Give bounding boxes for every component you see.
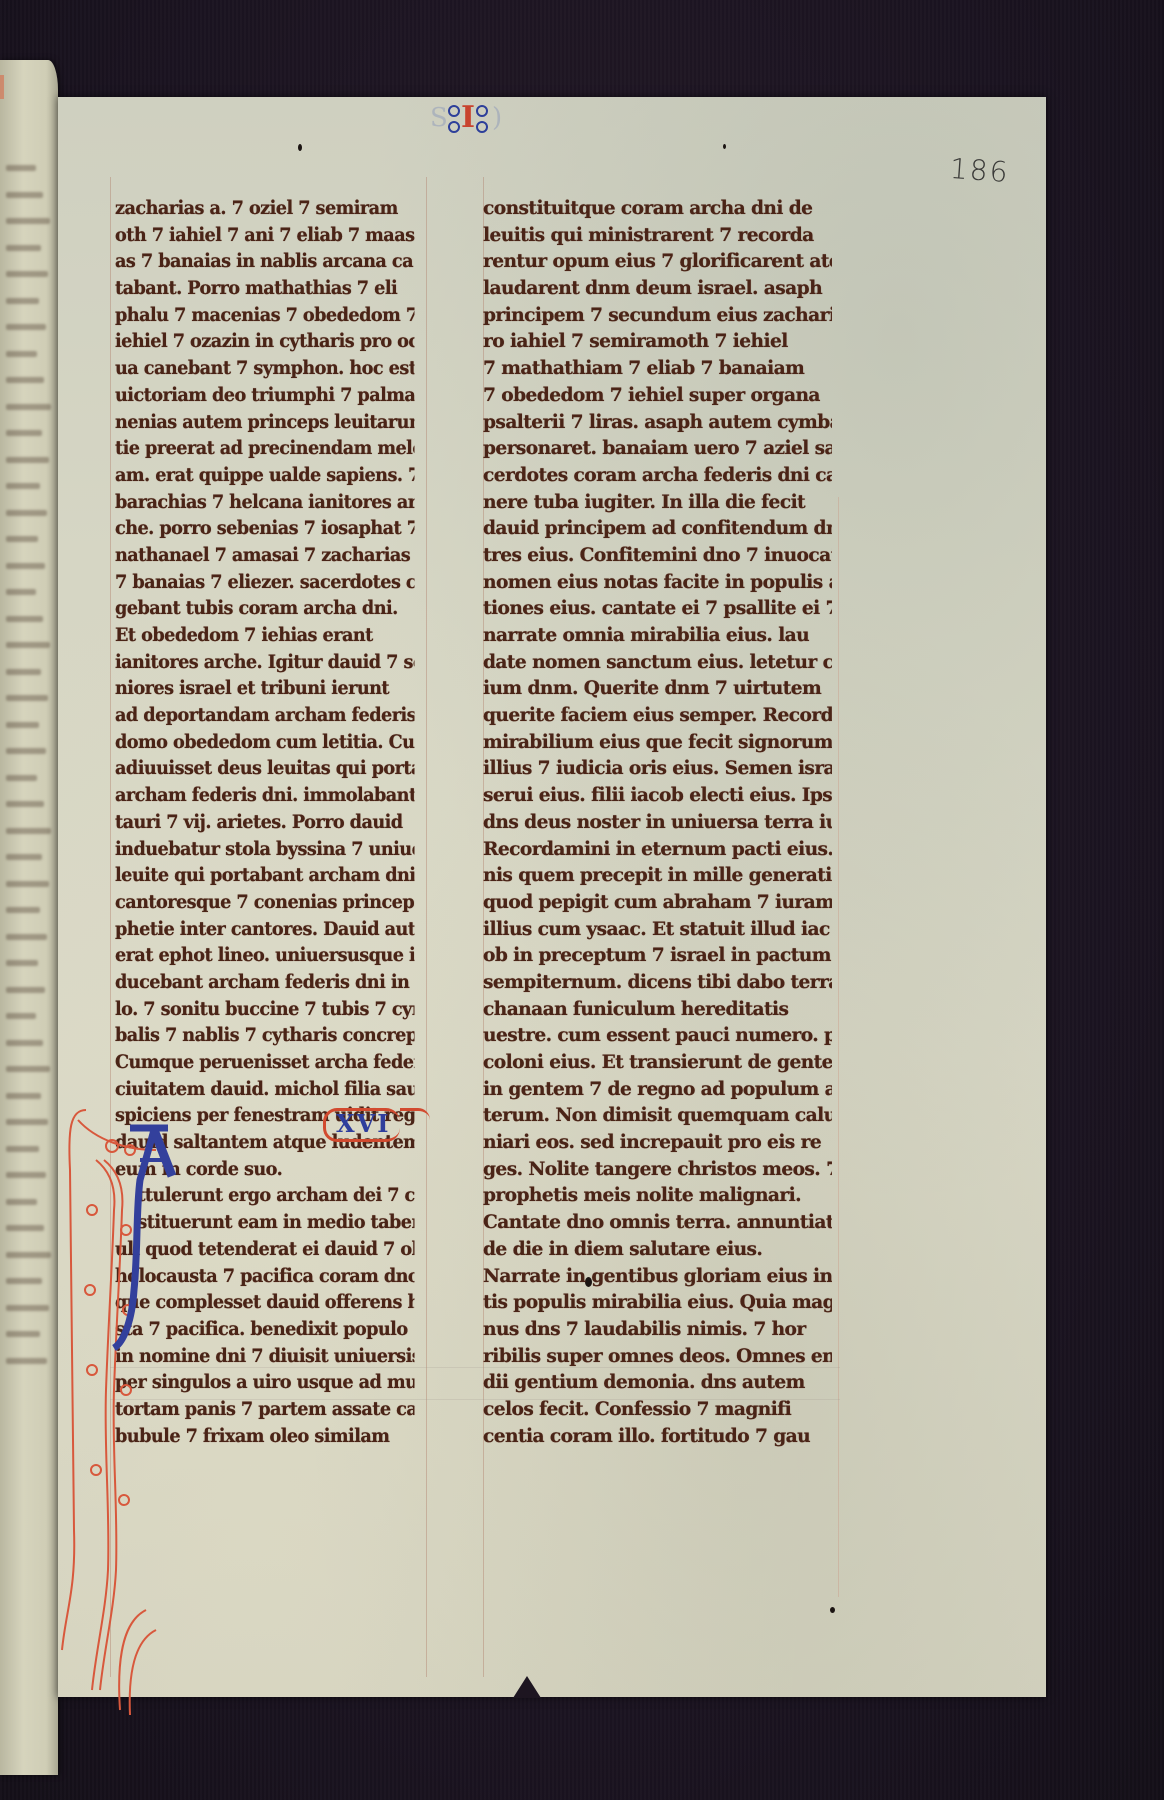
blue-ornament-dot <box>448 105 460 117</box>
text-line: uestre. cum essent pauci numero. paruiqu… <box>483 1022 832 1049</box>
text-line: Narrate in gentibus gloriam eius in cunc <box>483 1263 832 1290</box>
text-line: serui eius. filii iacob electi eius. Ips… <box>483 782 832 809</box>
text-line: illius 7 iudicia oris eius. Semen israel <box>483 755 832 782</box>
text-line: de die in diem salutare eius. <box>483 1236 832 1263</box>
facing-leaf-text-line <box>6 324 46 330</box>
facing-leaf-text-line <box>6 1225 44 1231</box>
text-line: uictoriam deo triumphi 7 palma. Cho <box>115 382 414 409</box>
facing-leaf-text-line <box>6 351 37 357</box>
text-line: centia coram illo. fortitudo 7 gau <box>483 1423 832 1450</box>
text-line: adiuuisset deus leuitas qui portabant <box>115 755 414 782</box>
facing-leaf-text-line <box>6 987 45 993</box>
text-line: principem 7 secundum eius zachariam. por <box>483 302 832 329</box>
text-line: personaret. banaiam uero 7 aziel sa <box>483 435 832 462</box>
facing-leaf-text-line <box>6 1146 39 1152</box>
running-header-offset-ghost: S <box>430 103 448 133</box>
facing-leaf-text-line <box>6 642 50 648</box>
text-line: tauri 7 vij. arietes. Porro dauid <box>115 809 414 836</box>
facing-leaf-text-line <box>6 616 43 622</box>
text-column-2: constituitque coram archa dni deleuitis … <box>483 195 839 1449</box>
facing-leaf-text-line <box>6 748 46 754</box>
text-line: coloni eius. Et transierunt de gente <box>483 1049 832 1076</box>
text-line: ro iahiel 7 semiramoth 7 iehiel <box>483 328 832 355</box>
text-line: psalterii 7 liras. asaph autem cymbalis <box>483 409 832 436</box>
text-line: niari eos. sed increpauit pro eis re <box>483 1129 832 1156</box>
facing-leaf-text-line <box>6 960 38 966</box>
facing-leaf-text-line <box>6 828 51 834</box>
text-line: ua canebant 7 symphon. hoc est <box>115 355 414 382</box>
text-line: phalu 7 macenias 7 obededom 7 <box>115 302 414 329</box>
pricking-mark <box>298 144 302 151</box>
text-line: querite faciem eius semper. Recordamini <box>483 702 832 729</box>
facing-leaf-text-line <box>6 1040 43 1046</box>
text-line: nere tuba iugiter. In illa die fecit <box>483 489 832 516</box>
text-line: nus dns 7 laudabilis nimis. 7 hor <box>483 1316 832 1343</box>
text-line: archam federis dni. immolabantur vij. <box>115 782 414 809</box>
text-line: celos fecit. Confessio 7 magnifi <box>483 1396 832 1423</box>
text-line: ribilis super omnes deos. Omnes enim <box>483 1343 832 1370</box>
text-line: illius cum ysaac. Et statuit illud iac <box>483 916 832 943</box>
text-line: cerdotes coram archa federis dni ca <box>483 462 832 489</box>
facing-leaf-text-line <box>6 1278 42 1284</box>
text-line: ob in preceptum 7 israel in pactum <box>483 942 832 969</box>
text-line: Cantate dno omnis terra. annuntiate <box>483 1209 832 1236</box>
facing-leaf-text-line <box>6 722 39 728</box>
facing-leaf-text-line <box>6 1066 50 1072</box>
text-line: sempiternum. dicens tibi dabo terram <box>483 969 832 996</box>
text-line: terum. Non dimisit quemquam calump <box>483 1102 832 1129</box>
text-line: niores israel et tribuni ierunt <box>115 675 414 702</box>
facing-leaf-text-line <box>6 536 38 542</box>
facing-leaf-text-line <box>6 563 45 569</box>
blue-ornament-dot <box>476 105 488 117</box>
text-line: date nomen sanctum eius. letetur cor que… <box>483 649 832 676</box>
facing-leaf-text-line <box>6 1199 37 1205</box>
text-line: nis quem precepit in mille generationes. <box>483 862 832 889</box>
facing-leaf-text-line <box>6 669 41 675</box>
facing-leaf-text-line <box>6 1252 51 1258</box>
page-edge-notch <box>513 1676 541 1698</box>
facing-leaf-text-line <box>6 695 48 701</box>
text-line: 7 obededom 7 iehiel super organa <box>483 382 832 409</box>
facing-leaf-text-line <box>6 589 36 595</box>
facing-leaf-text-line <box>6 165 36 171</box>
text-line: ad deportandam archam federis dni de <box>115 702 414 729</box>
text-line: in gentem 7 de regno ad populum al <box>483 1076 832 1103</box>
running-header-offset-ghost: ) <box>492 103 502 133</box>
text-line: narrate omnia mirabilia eius. lau <box>483 622 832 649</box>
facing-leaf-text-line <box>6 430 42 436</box>
facing-leaf-text-line <box>6 801 44 807</box>
text-line: quod pepigit cum abraham 7 iuramenti <box>483 889 832 916</box>
text-line: rentur opum eius 7 glorificarent atque <box>483 248 832 275</box>
facing-leaf-text-line <box>6 483 40 489</box>
folio-number: 186 <box>949 152 1011 189</box>
facing-leaf-text-line <box>6 404 51 410</box>
manuscript-page: S ) I 186 zacharias a. 7 oziel 7 semiram… <box>58 97 1046 1697</box>
text-line: barachias 7 helcana ianitores ar <box>115 489 414 516</box>
text-line: 7 mathathiam 7 eliab 7 banaiam <box>483 355 832 382</box>
text-line: iehiel 7 ozazin in cytharis pro octa <box>115 328 414 355</box>
text-line: am. erat quippe ualde sapiens. 7 <box>115 462 414 489</box>
text-line: as 7 banaias in nablis arcana ca <box>115 248 414 275</box>
facing-leaf-text-line <box>6 298 39 304</box>
blue-ornament-dot <box>448 121 460 133</box>
facing-leaf-text-line <box>6 1331 40 1337</box>
ink-spot <box>830 1607 835 1613</box>
text-line: prophetis meis nolite malignari. <box>483 1182 832 1209</box>
text-line: constituitque coram archa dni de <box>483 195 832 222</box>
text-line: ianitores arche. Igitur dauid 7 se <box>115 649 414 676</box>
text-line: mirabilium eius que fecit signorum <box>483 729 832 756</box>
text-line: induebatur stola byssina 7 uniuersi <box>115 836 414 863</box>
pricking-mark <box>723 144 726 149</box>
running-header-letter: I <box>461 103 475 133</box>
text-line: ium dnm. Querite dnm 7 uirtutem <box>483 675 832 702</box>
text-line: tabant. Porro mathathias 7 eli <box>115 275 414 302</box>
text-line: Et obededom 7 iehias erant <box>115 622 414 649</box>
facing-leaf-text-line <box>6 934 47 940</box>
text-line: oth 7 iahiel 7 ani 7 eliab 7 maasi <box>115 222 414 249</box>
blue-ornament-dot <box>476 121 488 133</box>
facing-leaf-text-line <box>6 245 41 251</box>
facing-leaf-text-line <box>6 271 48 277</box>
text-line: ges. Nolite tangere christos meos. 7 in <box>483 1156 832 1183</box>
running-header: S ) I <box>430 103 510 133</box>
facing-leaf-text-line <box>6 907 40 913</box>
facing-leaf-text-line <box>6 218 50 224</box>
facing-leaf-text-line <box>6 1119 48 1125</box>
text-line: leuite qui portabant archam dni. <box>115 862 414 889</box>
facing-leaf-text-line <box>6 881 49 887</box>
facing-leaf-text-line <box>6 854 42 860</box>
chapter-number: XVI <box>336 1109 390 1138</box>
blue-initial-stroke <box>110 1120 180 1365</box>
text-line: 7 banaias 7 eliezer. sacerdotes cla <box>115 569 414 596</box>
text-line: leuitis qui ministrarent 7 recorda <box>483 222 832 249</box>
facing-leaf-text-line <box>6 775 37 781</box>
text-line: nenias autem princeps leuitarum prophe <box>115 409 414 436</box>
facing-leaf-text-line <box>6 1358 47 1364</box>
facing-leaf-text-line <box>6 1013 36 1019</box>
text-line: tie preerat ad precinendam melodi <box>115 435 414 462</box>
facing-leaf-text-line <box>6 1093 41 1099</box>
text-line: nomen eius notas facite in populis adinu… <box>483 569 832 596</box>
text-line: tis populis mirabilia eius. Quia mag <box>483 1289 832 1316</box>
text-line: dii gentium demonia. dns autem <box>483 1369 832 1396</box>
chapter-number-rubric: XVI <box>323 1108 400 1142</box>
facing-leaf-text-line <box>6 192 43 198</box>
text-line: gebant tubis coram archa dni. <box>115 595 414 622</box>
decorated-initial <box>102 1120 172 1365</box>
text-line: nathanael 7 amasai 7 zacharias <box>115 542 414 569</box>
facing-leaf-text-line <box>6 377 44 383</box>
facing-leaf-text-line <box>6 1305 49 1311</box>
facing-leaf-text-line <box>6 457 49 463</box>
text-line: domo obededom cum letitia. Cumque <box>115 729 414 756</box>
text-line: laudarent dnm deum israel. asaph <box>483 275 832 302</box>
facing-leaf-edge <box>0 60 58 1775</box>
text-line: Recordamini in eternum pacti eius. sermo <box>483 836 832 863</box>
text-line: tiones eius. cantate ei 7 psallite ei 7 <box>483 595 832 622</box>
text-line: dauid principem ad confitendum dno asaph… <box>483 515 832 542</box>
text-line: chanaan funiculum hereditatis <box>483 996 832 1023</box>
text-line: dns deus noster in uniuersa terra iudici… <box>483 809 832 836</box>
text-line: zacharias a. 7 oziel 7 semiram <box>115 195 414 222</box>
facing-leaf-text-line <box>6 510 47 516</box>
text-line: tres eius. Confitemini dno 7 inuocate <box>483 542 832 569</box>
text-line: che. porro sebenias 7 iosaphat 7 <box>115 515 414 542</box>
facing-leaf-rubric-mark <box>0 75 4 99</box>
facing-leaf-text-line <box>6 1172 46 1178</box>
